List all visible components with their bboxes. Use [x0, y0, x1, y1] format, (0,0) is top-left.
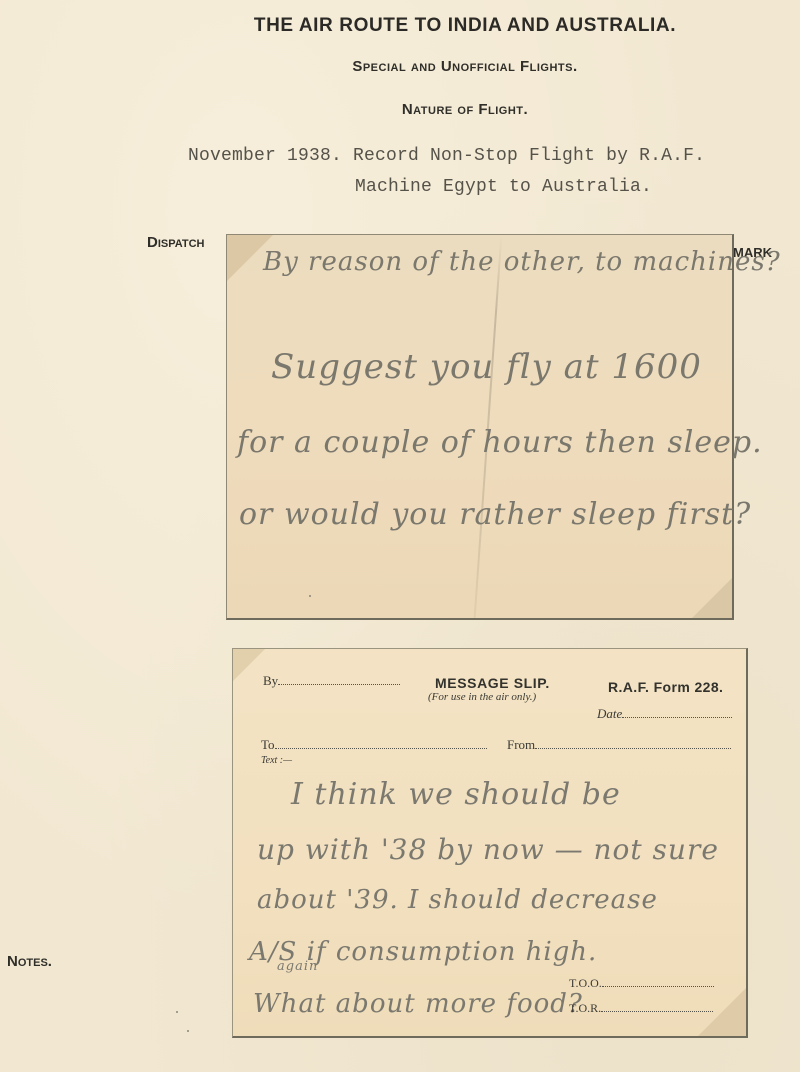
page-subtitle: Special and Unofficial Flights.	[0, 58, 800, 75]
by-dotted-line	[278, 674, 400, 685]
handwritten-line: about '39. I should decrease	[257, 885, 658, 915]
handwritten-line: Suggest you fly at 1600	[271, 347, 702, 387]
date-field: Date	[597, 706, 732, 722]
raf-message-slip: By MESSAGE SLIP. (For use in the air onl…	[232, 648, 748, 1038]
slip-title: MESSAGE SLIP.	[435, 675, 550, 691]
from-label: From	[507, 737, 535, 752]
dispatch-label: Dispatch	[147, 234, 204, 251]
flight-description-line-2: Machine Egypt to Australia.	[355, 177, 652, 197]
slip-subtitle: (For use in the air only.)	[428, 691, 536, 703]
from-field: From	[507, 737, 731, 753]
tor-field: T.O.R.	[569, 1001, 713, 1016]
too-label: T.O.O.	[569, 976, 602, 990]
notes-label: Notes.	[7, 953, 52, 970]
handwritten-line: By reason of the other, to machines?	[263, 247, 781, 277]
handwritten-line: What about more food?	[253, 989, 583, 1019]
tor-dotted-line	[601, 1001, 713, 1012]
text-label: Text :—	[261, 755, 292, 766]
date-label: Date	[597, 706, 622, 721]
section-heading: Nature of Flight.	[0, 101, 800, 118]
handwritten-line: for a couple of hours then sleep.	[237, 425, 763, 460]
tor-label: T.O.R.	[569, 1001, 601, 1015]
flight-description-line-1: November 1938. Record Non-Stop Flight by…	[188, 146, 705, 166]
from-dotted-line	[535, 738, 731, 749]
to-dotted-line	[275, 738, 487, 749]
by-field: By	[263, 673, 400, 689]
paper-speck	[187, 1030, 189, 1032]
form-number: R.A.F. Form 228.	[608, 679, 723, 695]
paper-speck	[176, 1011, 178, 1013]
date-dotted-line	[622, 707, 732, 718]
handwritten-insert: again	[277, 959, 318, 974]
handwritten-line: up with '38 by now — not sure	[257, 833, 719, 866]
too-dotted-line	[602, 976, 714, 987]
photo-corner-mount-icon	[233, 649, 265, 681]
too-field: T.O.O.	[569, 976, 714, 991]
handwritten-line: or would you rather sleep first?	[239, 497, 751, 532]
to-field: To	[261, 737, 487, 753]
handwritten-line: I think we should be	[291, 777, 621, 812]
pencil-note-card: By reason of the other, to machines? Sug…	[226, 234, 734, 620]
page-title: THE AIR ROUTE TO INDIA AND AUSTRALIA.	[0, 15, 800, 37]
paper-speck	[309, 595, 311, 597]
by-label: By	[263, 673, 278, 688]
to-label: To	[261, 737, 275, 752]
photo-corner-mount-icon	[692, 578, 732, 618]
